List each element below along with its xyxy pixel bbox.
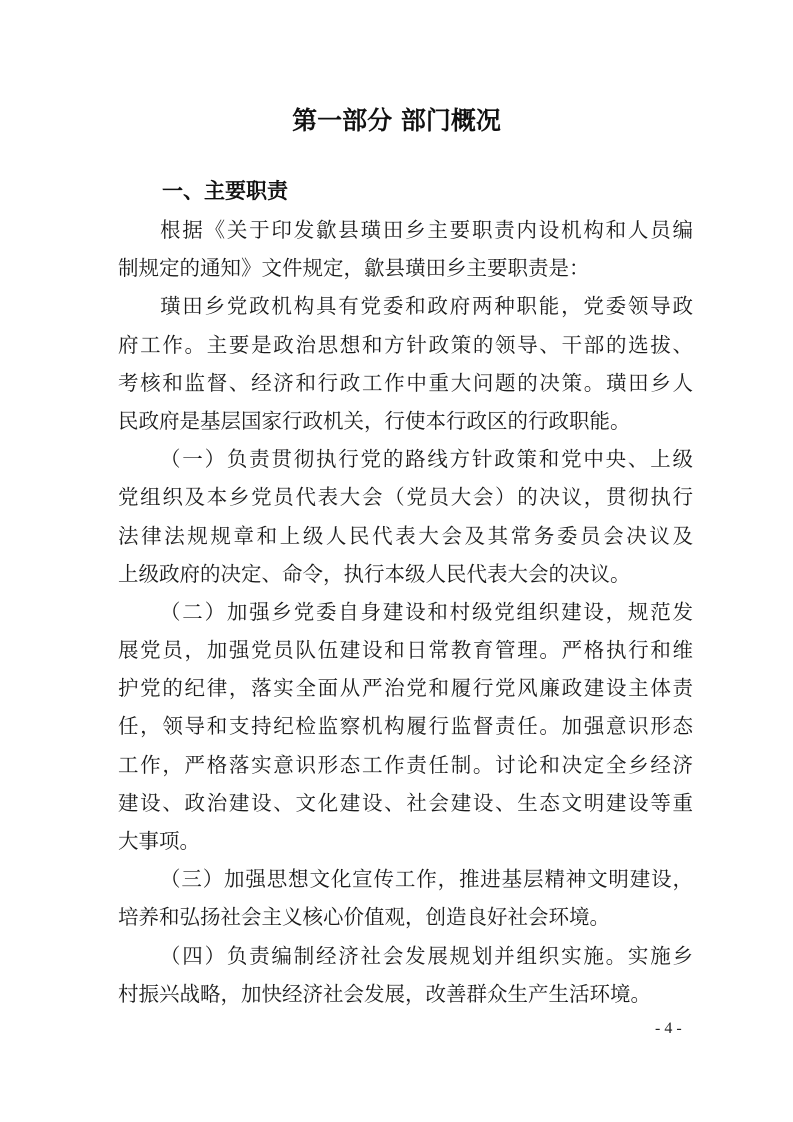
text-line: 璜田乡党政机构具有党委和政府两种职能，党委领导政 [118, 287, 693, 325]
text-line: 培养和弘扬社会主义核心价值观，创造良好社会环境。 [118, 898, 693, 936]
section-heading: 一、主要职责 [162, 175, 288, 205]
text-line: （四）负责编制经济社会发展规划并组织实施。实施乡 [118, 937, 693, 975]
page-title: 第一部分 部门概况 [0, 101, 793, 137]
paragraph-item-1: （一）负责贯彻执行党的路线方针政策和党中央、上级 党组织及本乡党员代表大会（党员… [118, 440, 693, 593]
text-line: 任，领导和支持纪检监察机构履行监督责任。加强意识形态 [118, 707, 693, 745]
text-line: 建设、政治建设、文化建设、社会建设、生态文明建设等重 [118, 784, 693, 822]
text-line: 护党的纪律，落实全面从严治党和履行党风廉政建设主体责 [118, 669, 693, 707]
text-line: 府工作。主要是政治思想和方针政策的领导、干部的选拔、 [118, 326, 693, 364]
paragraph-item-2: （二）加强乡党委自身建设和村级党组织建设，规范发 展党员，加强党员队伍建设和日常… [118, 593, 693, 860]
text-line: 考核和监督、经济和行政工作中重大问题的决策。璜田乡人 [118, 364, 693, 402]
page-number: - 4 - [655, 1020, 682, 1038]
text-line: 民政府是基层国家行政机关，行使本行政区的行政职能。 [118, 402, 693, 440]
paragraph-basis: 根据《关于印发歙县璜田乡主要职责内设机构和人员编 制规定的通知》文件规定，歙县璜… [118, 211, 693, 287]
document-body: 根据《关于印发歙县璜田乡主要职责内设机构和人员编 制规定的通知》文件规定，歙县璜… [118, 211, 693, 1013]
text-line: 展党员，加强党员队伍建设和日常教育管理。严格执行和维 [118, 631, 693, 669]
paragraph-item-4: （四）负责编制经济社会发展规划并组织实施。实施乡 村振兴战略，加快经济社会发展，… [118, 937, 693, 1013]
text-line: 工作，严格落实意识形态工作责任制。讨论和决定全乡经济 [118, 746, 693, 784]
text-line: （一）负责贯彻执行党的路线方针政策和党中央、上级 [118, 440, 693, 478]
document-page: 第一部分 部门概况 一、主要职责 根据《关于印发歙县璜田乡主要职责内设机构和人员… [0, 0, 793, 1122]
text-line: 大事项。 [118, 822, 693, 860]
text-line: 党组织及本乡党员代表大会（党员大会）的决议，贯彻执行 [118, 478, 693, 516]
paragraph-item-3: （三）加强思想文化宣传工作，推进基层精神文明建设， 培养和弘扬社会主义核心价值观… [118, 860, 693, 936]
text-line: 根据《关于印发歙县璜田乡主要职责内设机构和人员编 [118, 211, 693, 249]
text-line: （二）加强乡党委自身建设和村级党组织建设，规范发 [118, 593, 693, 631]
text-line: 上级政府的决定、命令，执行本级人民代表大会的决议。 [118, 555, 693, 593]
text-line: （三）加强思想文化宣传工作，推进基层精神文明建设， [118, 860, 693, 898]
text-line: 法律法规规章和上级人民代表大会及其常务委员会决议及 [118, 517, 693, 555]
text-line: 制规定的通知》文件规定，歙县璜田乡主要职责是： [118, 249, 693, 287]
text-line: 村振兴战略，加快经济社会发展，改善群众生产生活环境。 [118, 975, 693, 1013]
paragraph-overview: 璜田乡党政机构具有党委和政府两种职能，党委领导政 府工作。主要是政治思想和方针政… [118, 287, 693, 440]
